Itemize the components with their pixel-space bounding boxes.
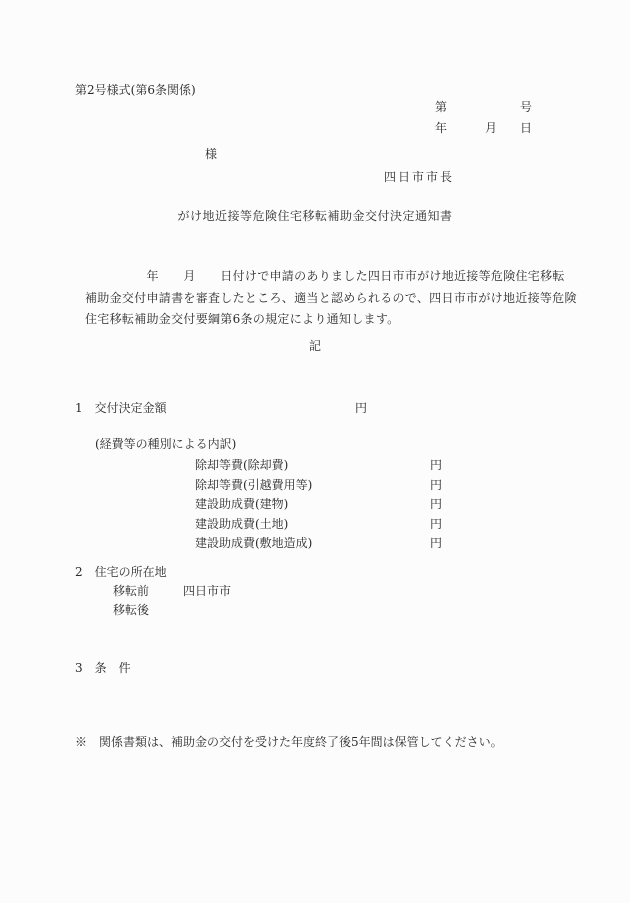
body-paragraph: 年 月 日付けで申請のありました四日市市がけ地近接等危険住宅移転 補助金交付申請… xyxy=(85,266,585,331)
notification-document-page: 第2号様式(第6条関係) 第 号 年 月 日 様 四日市市長 がけ地近接等危険住… xyxy=(0,0,630,903)
breakdown-row: 除却等費(引越費用等) 円 xyxy=(0,476,630,492)
breakdown-row: 除却等費(除却費) 円 xyxy=(0,456,630,472)
breakdown-unit: 円 xyxy=(430,534,442,551)
sender-name: 四日市市長 xyxy=(384,170,454,184)
breakdown-unit: 円 xyxy=(430,456,442,473)
breakdown-label: 除却等費(引越費用等) xyxy=(195,476,312,493)
retention-note: ※ 関係書類は、補助金の交付を受けた年度終了後5年間は保管してください。 xyxy=(75,735,503,749)
breakdown-unit: 円 xyxy=(430,515,442,532)
breakdown-label: 除却等費(除却費) xyxy=(195,456,288,473)
breakdown-heading: (経費等の種別による内訳) xyxy=(95,437,236,451)
breakdown-label: 建設助成費(敷地造成) xyxy=(195,534,312,551)
doc-number-prefix: 第 xyxy=(435,100,447,114)
breakdown-unit: 円 xyxy=(430,495,442,512)
breakdown-unit: 円 xyxy=(430,476,442,493)
breakdown-label: 建設助成費(建物) xyxy=(195,495,288,512)
addressee-honorific: 様 xyxy=(205,147,217,161)
breakdown-row: 建設助成費(土地) 円 xyxy=(0,515,630,531)
breakdown-row: 建設助成費(建物) 円 xyxy=(0,495,630,511)
breakdown-label: 建設助成費(土地) xyxy=(195,515,288,532)
date-month-label: 月 xyxy=(485,121,497,135)
section-1-amount-unit: 円 xyxy=(355,399,367,416)
relocation-before-label: 移転前 xyxy=(113,584,149,598)
date-day-label: 日 xyxy=(520,121,532,135)
section-1-amount-row: 1 交付決定金額 円 xyxy=(0,399,630,415)
section-1-label: 1 交付決定金額 xyxy=(75,399,167,416)
body-line-1: 年 月 日付けで申請のありました四日市市がけ地近接等危険住宅移転 xyxy=(85,266,585,288)
breakdown-row: 建設助成費(敷地造成) 円 xyxy=(0,534,630,550)
relocation-before-value: 四日市市 xyxy=(183,584,231,598)
doc-number-suffix: 号 xyxy=(520,100,532,114)
relocation-after-label: 移転後 xyxy=(113,603,149,617)
body-line-3: 住宅移転補助金交付要綱第6条の規定により通知します。 xyxy=(85,309,585,331)
section-2-label: 2 住宅の所在地 xyxy=(75,565,167,579)
form-number: 第2号様式(第6条関係) xyxy=(75,83,196,97)
section-3-label: 3 条 件 xyxy=(75,661,131,675)
body-line-2: 補助金交付申請書を審査したところ、適当と認められるので、四日市市がけ地近接等危険 xyxy=(85,288,585,310)
record-marker: 記 xyxy=(0,339,630,353)
document-title: がけ地近接等危険住宅移転補助金交付決定通知書 xyxy=(0,209,630,223)
date-year-label: 年 xyxy=(435,121,447,135)
